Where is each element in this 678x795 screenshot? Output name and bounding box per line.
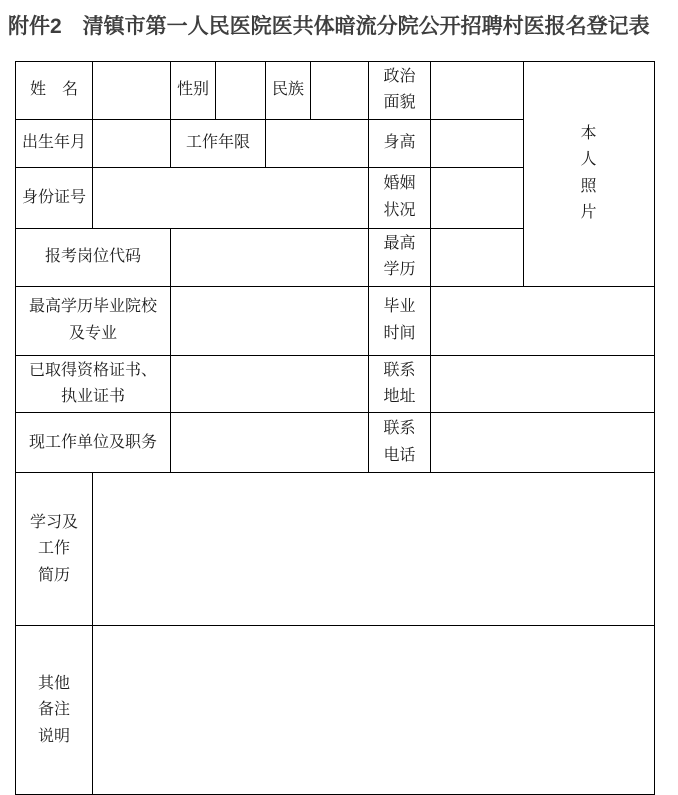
contact-phone-label: 联系 电话: [369, 413, 431, 473]
remarks-label: 其他 备注 说明: [16, 626, 93, 795]
name-label: 姓 名: [16, 62, 93, 120]
graduation-school-label: 最高学历毕业院校 及专业: [16, 286, 171, 355]
political-status-label: 政治 面貌: [369, 62, 431, 120]
table-row: 姓 名 性别 民族 政治 面貌 本 人 照 片: [16, 62, 655, 120]
photo-placeholder: 本 人 照 片: [524, 62, 655, 287]
table-row: 最高学历毕业院校 及专业 毕业 时间: [16, 286, 655, 355]
ethnicity-value-cell: [311, 62, 369, 120]
highest-education-value-cell: [431, 228, 524, 286]
highest-education-label: 最高 学历: [369, 228, 431, 286]
position-code-value-cell: [171, 228, 369, 286]
birth-date-value-cell: [93, 119, 171, 167]
document-title: 附件2 清镇市第一人民医院医共体暗流分院公开招聘村医报名登记表: [8, 10, 674, 40]
work-years-value-cell: [266, 119, 369, 167]
gender-label: 性别: [171, 62, 216, 120]
table-row: 已取得资格证书、 执业证书 联系 地址: [16, 355, 655, 413]
id-number-label: 身份证号: [16, 167, 93, 228]
table-row: 学习及 工作 简历: [16, 473, 655, 626]
graduation-school-value-cell: [171, 286, 369, 355]
height-value-cell: [431, 119, 524, 167]
resume-label: 学习及 工作 简历: [16, 473, 93, 626]
current-work-unit-value-cell: [171, 413, 369, 473]
resume-value-cell: [93, 473, 655, 626]
contact-address-label: 联系 地址: [369, 355, 431, 413]
marital-status-label: 婚姻 状况: [369, 167, 431, 228]
current-work-unit-label: 现工作单位及职务: [16, 413, 171, 473]
ethnicity-label: 民族: [266, 62, 311, 120]
height-label: 身高: [369, 119, 431, 167]
birth-date-label: 出生年月: [16, 119, 93, 167]
registration-form-page: { "title": "附件2 清镇市第一人民医院医共体暗流分院公开招聘村医报名…: [0, 0, 678, 795]
table-row: 现工作单位及职务 联系 电话: [16, 413, 655, 473]
graduation-time-value-cell: [431, 286, 655, 355]
gender-value-cell: [216, 62, 266, 120]
marital-status-value-cell: [431, 167, 524, 228]
position-code-label: 报考岗位代码: [16, 228, 171, 286]
name-value-cell: [93, 62, 171, 120]
work-years-label: 工作年限: [171, 119, 266, 167]
certificates-label: 已取得资格证书、 执业证书: [16, 355, 171, 413]
table-row: 其他 备注 说明: [16, 626, 655, 795]
contact-phone-value-cell: [431, 413, 655, 473]
certificates-value-cell: [171, 355, 369, 413]
id-number-value-cell: [93, 167, 369, 228]
graduation-time-label: 毕业 时间: [369, 286, 431, 355]
political-status-value-cell: [431, 62, 524, 120]
registration-form-table: 姓 名 性别 民族 政治 面貌 本 人 照 片 出生年月 工作年限 身高 身份证…: [15, 61, 655, 795]
contact-address-value-cell: [431, 355, 655, 413]
remarks-value-cell: [93, 626, 655, 795]
